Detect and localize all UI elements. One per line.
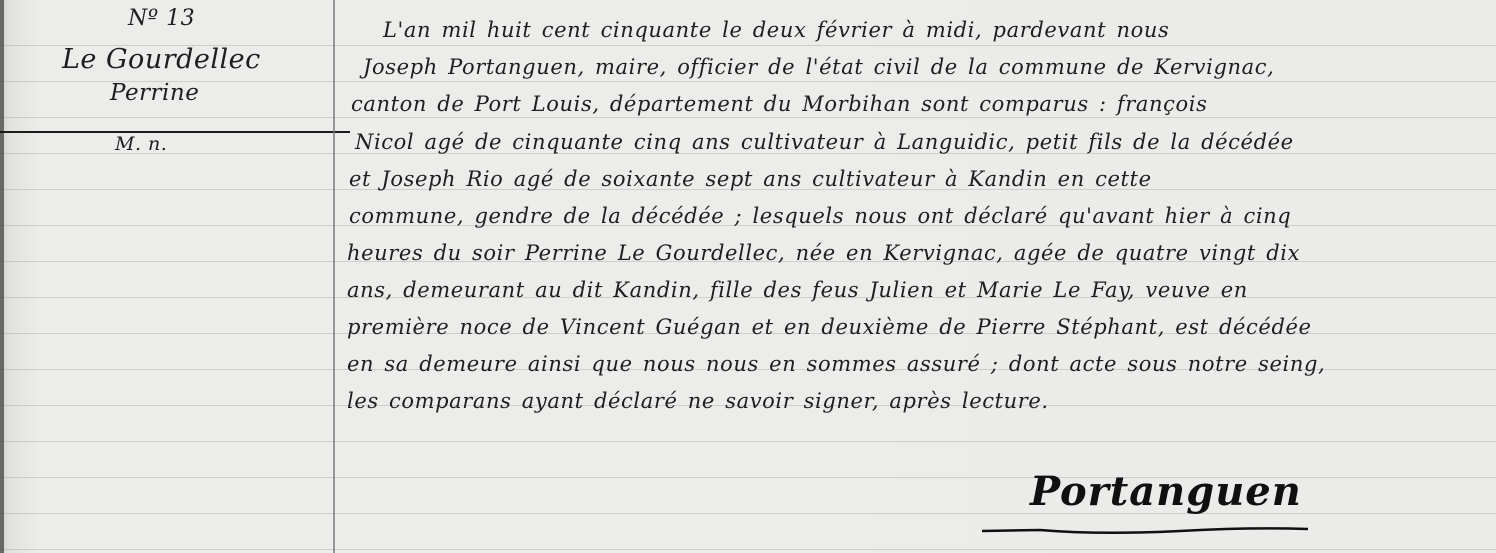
margin-divider-rule	[0, 131, 350, 133]
deceased-surname: Le Gourdellec	[62, 44, 261, 75]
body-line: en sa demeure ainsi que nous nous en som…	[347, 352, 1325, 376]
body-line: Nicol agé de cinquante cinq ans cultivat…	[355, 130, 1294, 154]
margin-vertical-rule	[333, 0, 335, 553]
margin-note: M. n.	[115, 133, 167, 155]
register-page: Nº 13 Le Gourdellec Perrine M. n. L'an m…	[0, 0, 1496, 553]
body-line: ans, demeurant au dit Kandin, fille des …	[347, 278, 1248, 302]
body-line: Joseph Portanguen, maire, officier de l'…	[363, 55, 1274, 79]
signature-flourish-icon	[980, 525, 1310, 537]
body-line: les comparans ayant déclaré ne savoir si…	[347, 389, 1049, 413]
body-line: L'an mil huit cent cinquante le deux fév…	[383, 18, 1169, 42]
mayor-signature: Portanguen	[1030, 468, 1302, 515]
body-line: canton de Port Louis, département du Mor…	[351, 92, 1207, 116]
act-body: L'an mil huit cent cinquante le deux fév…	[343, 0, 1493, 553]
body-line: commune, gendre de la décédée ; lesquels…	[349, 204, 1291, 228]
body-line: et Joseph Rio agé de soixante sept ans c…	[349, 167, 1152, 191]
margin-column: Nº 13 Le Gourdellec Perrine M. n.	[0, 0, 335, 553]
deceased-given-name: Perrine	[110, 80, 199, 106]
act-number: Nº 13	[128, 6, 195, 31]
body-line: heures du soir Perrine Le Gourdellec, né…	[347, 241, 1300, 265]
body-line: première noce de Vincent Guégan et en de…	[347, 315, 1312, 339]
